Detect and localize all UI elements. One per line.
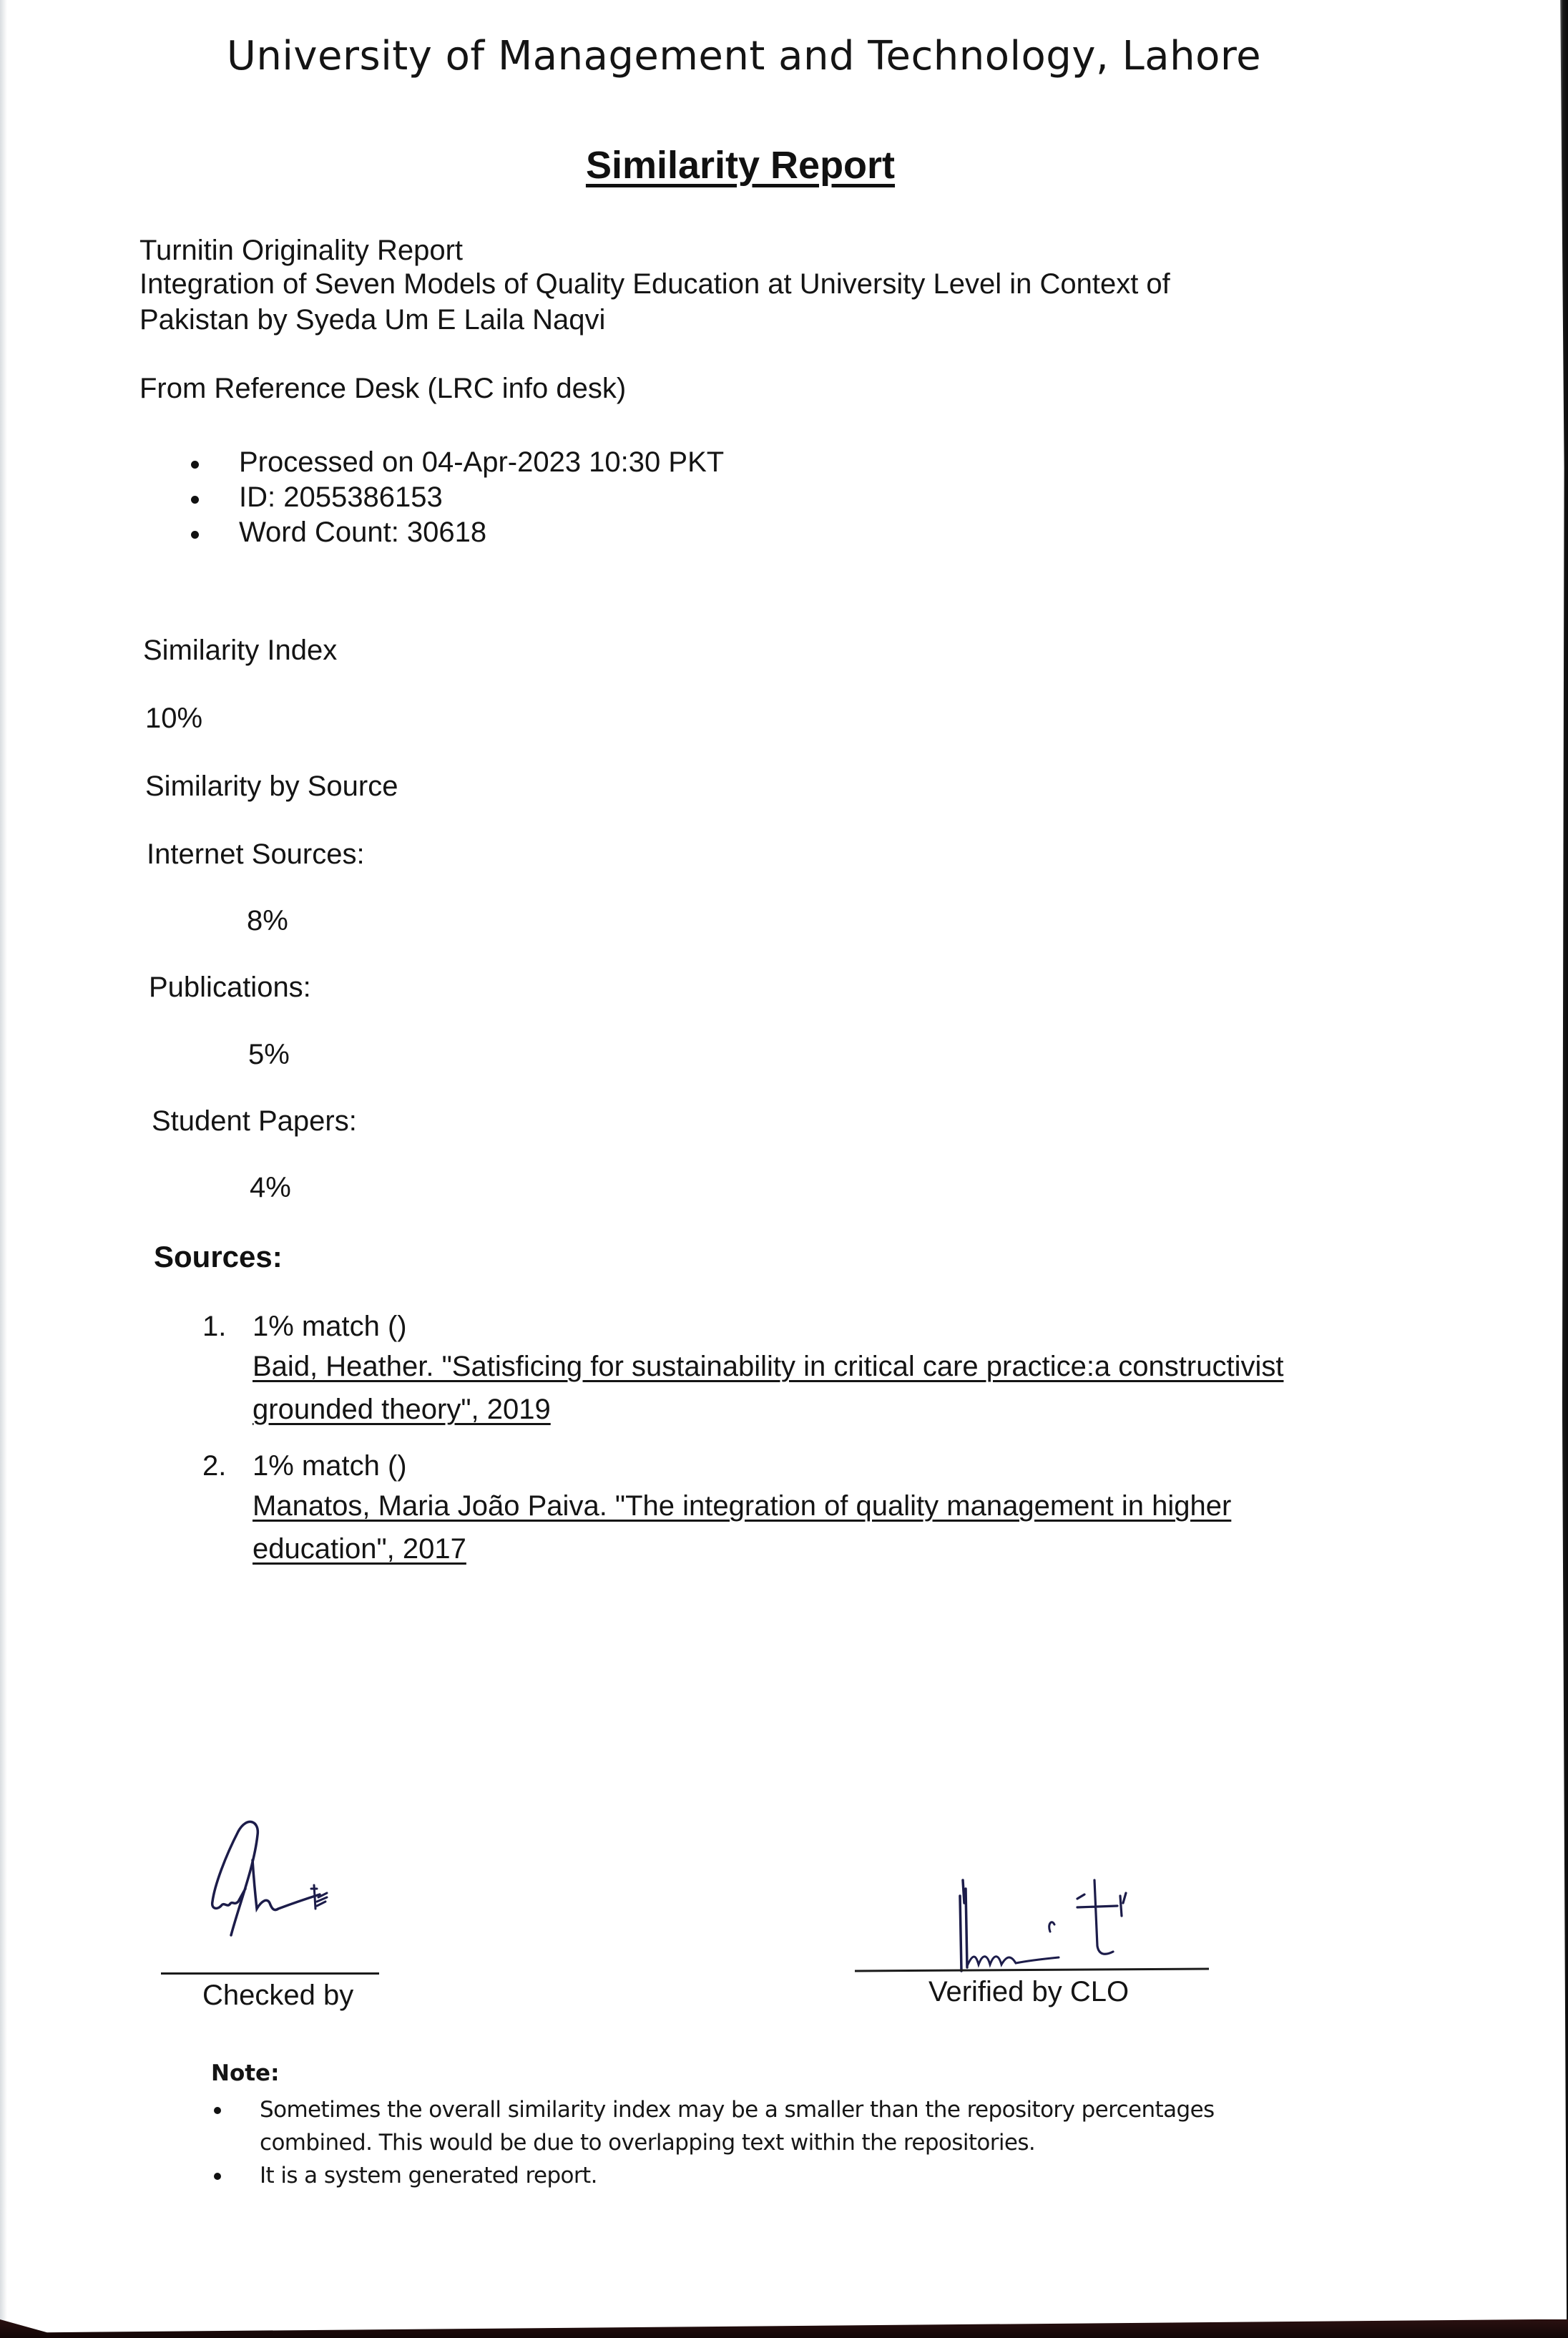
- report-meta-list: Processed on 04-Apr-2023 10:30 PKT ID: 2…: [186, 445, 724, 550]
- source-match-percent: 1% match (): [253, 1450, 407, 1482]
- similarity-by-source-label: Similarity by Source: [145, 771, 398, 803]
- note-list: Sometimes the overall similarity index m…: [211, 2093, 1270, 2192]
- source-match-percent: 1% match (): [253, 1311, 407, 1343]
- checked-by-signature-line: [161, 1972, 379, 1975]
- note-item: Sometimes the overall similarity index m…: [211, 2093, 1270, 2159]
- sources-heading: Sources:: [154, 1240, 283, 1274]
- similarity-index-label: Similarity Index: [143, 635, 337, 667]
- checked-by-label: Checked by: [202, 1980, 353, 2012]
- document-title: Integration of Seven Models of Quality E…: [139, 266, 1255, 338]
- internet-sources-label: Internet Sources:: [147, 838, 365, 871]
- processed-date: Processed on 04-Apr-2023 10:30 PKT: [186, 445, 724, 480]
- report-title: Similarity Report: [0, 143, 1481, 187]
- institution-title: University of Management and Technology,…: [0, 33, 1488, 79]
- report-type: Turnitin Originality Report: [139, 233, 463, 268]
- student-papers-value: 4%: [250, 1172, 291, 1204]
- scan-edge-left: [0, 0, 7, 2338]
- verified-by-label: Verified by CLO: [928, 1976, 1129, 2008]
- similarity-index-value: 10%: [145, 703, 202, 735]
- source-number: 2.: [202, 1450, 226, 1482]
- note-heading: Note:: [211, 2060, 279, 2086]
- verified-by-signature: [951, 1874, 1187, 1975]
- student-papers-label: Student Papers:: [152, 1105, 357, 1138]
- checked-by-signature: [161, 1817, 404, 1960]
- scan-edge-right: [1555, 0, 1568, 2338]
- source-number: 1.: [202, 1311, 226, 1343]
- note-item: It is a system generated report.: [211, 2159, 1270, 2192]
- source-citation-link[interactable]: Baid, Heather. "Satisficing for sustaina…: [253, 1345, 1297, 1431]
- publications-label: Publications:: [149, 972, 311, 1004]
- report-source: From Reference Desk (LRC info desk): [139, 371, 626, 406]
- report-id: ID: 2055386153: [186, 480, 724, 515]
- publications-value: 5%: [248, 1039, 290, 1071]
- source-citation-link[interactable]: Manatos, Maria João Paiva. "The integrat…: [253, 1485, 1297, 1570]
- scan-edge-bottom: [0, 2319, 1568, 2338]
- internet-sources-value: 8%: [247, 905, 288, 937]
- word-count: Word Count: 30618: [186, 515, 724, 550]
